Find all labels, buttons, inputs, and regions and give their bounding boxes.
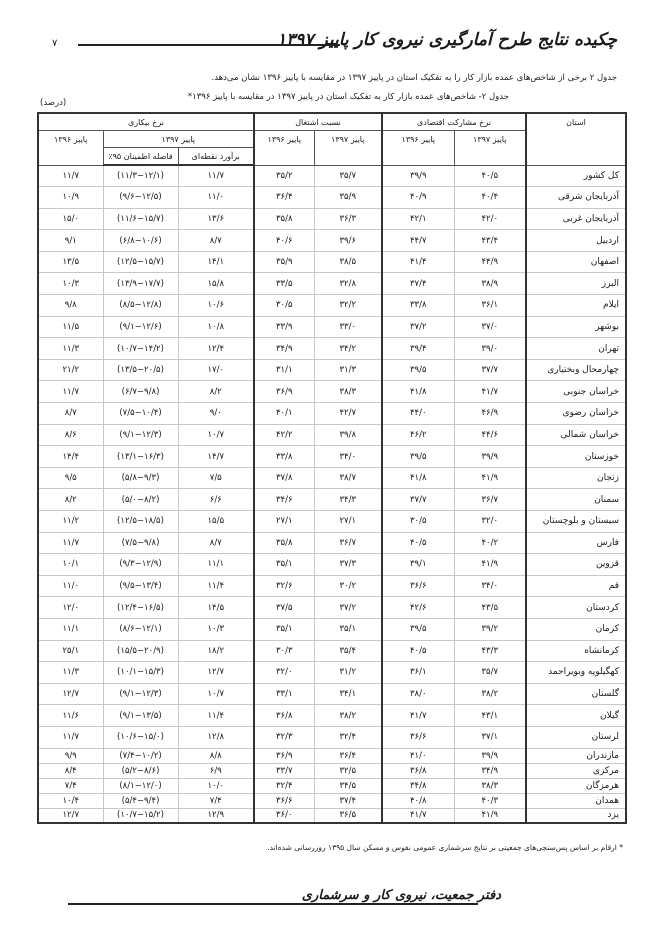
unemployment-97-cell: ۱۲/۷ <box>178 662 254 684</box>
participation-96-cell: ۴۴/۰ <box>382 403 454 425</box>
unemployment-97-cell: ۱۴/۱ <box>178 251 254 273</box>
intro-caption: جدول ۲ برخی از شاخص‌های عمده بازار کار ر… <box>212 73 618 83</box>
participation-96-cell: ۳۷/۴ <box>382 273 454 295</box>
unemployment-96-cell: ۱۲/۷ <box>38 683 103 705</box>
participation-97-cell: ۴۱/۹ <box>454 467 526 489</box>
province-cell: قزوین <box>526 554 626 576</box>
participation-96-cell: ۴۲/۶ <box>382 597 454 619</box>
unemployment-ci-cell: (۱۲/۵−۱۵/۷) <box>103 251 178 273</box>
employment-97-cell: ۳۸/۷ <box>314 467 382 489</box>
table-row: اردبیل۴۳/۴۴۴/۷۳۹/۶۴۰/۶۸/۷(۶/۸−۱۰/۶)۹/۱ <box>38 230 626 252</box>
province-cell: یزد <box>526 808 626 823</box>
employment-96-cell: ۳۳/۷ <box>254 763 314 778</box>
employment-97-cell: ۳۹/۸ <box>314 424 382 446</box>
employment-97-cell: ۳۲/۴ <box>314 726 382 748</box>
table-row: کل کشور۴۰/۵۳۹/۹۳۵/۷۳۵/۲۱۱/۷(۱۱/۳−۱۲/۱)۱۱… <box>38 165 626 187</box>
unemployment-97-cell: ۸/۷ <box>178 230 254 252</box>
province-cell: البرز <box>526 273 626 295</box>
unemployment-ci-cell: (۹/۱−۱۳/۵) <box>103 705 178 727</box>
participation-96-cell: ۴۰/۵ <box>382 532 454 554</box>
header-unemployment-96: پاییز ۱۳۹۶ <box>38 131 103 166</box>
participation-96-cell: ۳۹/۹ <box>382 165 454 187</box>
table-row: همدان۴۰/۳۴۰/۸۳۷/۴۳۶/۶۷/۴(۵/۴−۹/۴)۱۰/۴ <box>38 793 626 808</box>
table-row: آذربایجان شرقی۴۰/۴۴۰/۹۳۵/۹۳۶/۴۱۱/۰(۹/۶−۱… <box>38 187 626 209</box>
participation-97-cell: ۴۱/۹ <box>454 554 526 576</box>
province-cell: کل کشور <box>526 165 626 187</box>
table-row: سیستان و بلوچستان۳۲/۰۳۰/۵۲۷/۱۲۷/۱۱۵/۵(۱۲… <box>38 511 626 533</box>
employment-96-cell: ۳۴/۶ <box>254 489 314 511</box>
unemployment-96-cell: ۱۱/۶ <box>38 705 103 727</box>
participation-96-cell: ۳۶/۸ <box>382 763 454 778</box>
employment-97-cell: ۳۰/۲ <box>314 575 382 597</box>
unemployment-ci-cell: (۸/۱−۱۲/۰) <box>103 778 178 793</box>
unemployment-ci-cell: (۶/۷−۹/۸) <box>103 381 178 403</box>
participation-97-cell: ۳۹/۰ <box>454 338 526 360</box>
unemployment-ci-cell: (۹/۶−۱۲/۵) <box>103 187 178 209</box>
unemployment-97-cell: ۱۰/۷ <box>178 424 254 446</box>
employment-97-cell: ۳۵/۴ <box>314 640 382 662</box>
table-row: قزوین۴۱/۹۳۹/۱۳۷/۳۳۵/۱۱۱/۱(۹/۳−۱۲/۹)۱۰/۱ <box>38 554 626 576</box>
participation-96-cell: ۳۴/۸ <box>382 778 454 793</box>
employment-96-cell: ۳۶/۹ <box>254 381 314 403</box>
unemployment-96-cell: ۹/۹ <box>38 748 103 763</box>
unemployment-97-cell: ۷/۴ <box>178 793 254 808</box>
unemployment-97-cell: ۱۱/۷ <box>178 165 254 187</box>
unemployment-96-cell: ۱۱/۵ <box>38 316 103 338</box>
labour-market-table: استان نرخ مشارکت اقتصادی نسبت اشتغال نرخ… <box>37 112 627 824</box>
employment-97-cell: ۳۴/۰ <box>314 446 382 468</box>
province-cell: زنجان <box>526 467 626 489</box>
unemployment-96-cell: ۱۱/۱ <box>38 618 103 640</box>
province-cell: خراسان جنوبی <box>526 381 626 403</box>
employment-96-cell: ۳۱/۱ <box>254 359 314 381</box>
employment-96-cell: ۳۶/۹ <box>254 748 314 763</box>
participation-96-cell: ۳۹/۴ <box>382 338 454 360</box>
unemployment-97-cell: ۱۱/۴ <box>178 575 254 597</box>
unemployment-ci-cell: (۹/۱−۱۲/۳) <box>103 683 178 705</box>
participation-96-cell: ۳۶/۶ <box>382 726 454 748</box>
table-row: خراسان شمالی۴۴/۶۴۶/۲۳۹/۸۴۲/۲۱۰/۷(۹/۱−۱۲/… <box>38 424 626 446</box>
participation-97-cell: ۳۵/۷ <box>454 662 526 684</box>
participation-96-cell: ۴۱/۸ <box>382 381 454 403</box>
unemployment-96-cell: ۸/۲ <box>38 489 103 511</box>
participation-97-cell: ۴۳/۵ <box>454 597 526 619</box>
unemployment-96-cell: ۱۱/۷ <box>38 165 103 187</box>
employment-97-cell: ۳۷/۲ <box>314 597 382 619</box>
employment-97-cell: ۳۹/۶ <box>314 230 382 252</box>
participation-96-cell: ۴۱/۴ <box>382 251 454 273</box>
unemployment-ci-cell: (۸/۵−۱۲/۸) <box>103 295 178 317</box>
participation-97-cell: ۴۳/۳ <box>454 640 526 662</box>
table-row: کرمانشاه۴۳/۳۴۰/۵۳۵/۴۳۰/۳۱۸/۲(۱۵/۵−۲۰/۹)۲… <box>38 640 626 662</box>
footer-rule <box>68 903 478 905</box>
unemployment-ci-cell: (۹/۵−۱۳/۴) <box>103 575 178 597</box>
unemployment-ci-cell: (۱۰/۷−۱۴/۲) <box>103 338 178 360</box>
participation-97-cell: ۴۶/۹ <box>454 403 526 425</box>
employment-96-cell: ۳۵/۸ <box>254 532 314 554</box>
unemployment-ci-cell: (۱۱/۳−۱۲/۱) <box>103 165 178 187</box>
participation-97-cell: ۳۴/۹ <box>454 763 526 778</box>
province-cell: گلستان <box>526 683 626 705</box>
employment-96-cell: ۳۰/۳ <box>254 640 314 662</box>
participation-97-cell: ۴۰/۳ <box>454 793 526 808</box>
table-row: البرز۳۸/۹۳۷/۴۳۲/۸۳۳/۵۱۵/۸(۱۳/۹−۱۷/۷)۱۰/۳ <box>38 273 626 295</box>
province-cell: لرستان <box>526 726 626 748</box>
unemployment-97-cell: ۱۲/۴ <box>178 338 254 360</box>
header-participation-96: پاییز ۱۳۹۶ <box>382 131 454 166</box>
employment-97-cell: ۳۱/۳ <box>314 359 382 381</box>
header-province: استان <box>526 113 626 165</box>
unemployment-97-cell: ۸/۸ <box>178 748 254 763</box>
header-participation: نرخ مشارکت اقتصادی <box>382 113 526 131</box>
participation-96-cell: ۴۶/۲ <box>382 424 454 446</box>
table-row: چهارمحال وبختیاری۳۷/۷۳۹/۵۳۱/۳۳۱/۱۱۷/۰(۱۳… <box>38 359 626 381</box>
employment-97-cell: ۳۶/۳ <box>314 208 382 230</box>
employment-96-cell: ۳۲/۶ <box>254 575 314 597</box>
unemployment-96-cell: ۱۰/۱ <box>38 554 103 576</box>
table-row: هرمزگان۳۸/۳۳۴/۸۳۴/۵۳۲/۴۱۰/۰(۸/۱−۱۲/۰)۷/۴ <box>38 778 626 793</box>
table-row: یزد۴۱/۹۴۱/۷۳۶/۵۳۶/۰۱۲/۹(۱۰/۷−۱۵/۲)۱۲/۷ <box>38 808 626 823</box>
province-cell: کردستان <box>526 597 626 619</box>
footnote: * ارقام بر اساس پس‌سنجی‌های جمعیتی بر نت… <box>267 843 623 852</box>
participation-96-cell: ۴۲/۱ <box>382 208 454 230</box>
participation-97-cell: ۴۰/۴ <box>454 187 526 209</box>
header-unemployment: نرخ بیکاری <box>38 113 254 131</box>
unemployment-97-cell: ۱۴/۷ <box>178 446 254 468</box>
province-cell: همدان <box>526 793 626 808</box>
unemployment-97-cell: ۶/۹ <box>178 763 254 778</box>
table-body: کل کشور۴۰/۵۳۹/۹۳۵/۷۳۵/۲۱۱/۷(۱۱/۳−۱۲/۱)۱۱… <box>38 165 626 823</box>
unemployment-ci-cell: (۱۳/۱−۱۶/۳) <box>103 446 178 468</box>
unemployment-ci-cell: (۱۰/۷−۱۵/۲) <box>103 808 178 823</box>
employment-97-cell: ۳۴/۵ <box>314 778 382 793</box>
province-cell: گیلان <box>526 705 626 727</box>
participation-97-cell: ۴۳/۴ <box>454 230 526 252</box>
participation-96-cell: ۳۶/۱ <box>382 662 454 684</box>
participation-96-cell: ۴۰/۹ <box>382 187 454 209</box>
employment-96-cell: ۲۷/۱ <box>254 511 314 533</box>
unemployment-ci-cell: (۸/۶−۱۲/۱) <box>103 618 178 640</box>
unemployment-97-cell: ۶/۶ <box>178 489 254 511</box>
employment-96-cell: ۳۶/۰ <box>254 808 314 823</box>
unemployment-96-cell: ۹/۵ <box>38 467 103 489</box>
participation-96-cell: ۴۱/۷ <box>382 808 454 823</box>
unemployment-ci-cell: (۷/۵−۹/۸) <box>103 532 178 554</box>
unemployment-96-cell: ۱۱/۷ <box>38 381 103 403</box>
participation-97-cell: ۴۱/۹ <box>454 808 526 823</box>
employment-96-cell: ۴۰/۱ <box>254 403 314 425</box>
employment-96-cell: ۳۵/۸ <box>254 208 314 230</box>
participation-96-cell: ۳۷/۷ <box>382 489 454 511</box>
unemployment-97-cell: ۱۱/۱ <box>178 554 254 576</box>
province-cell: کهگیلویه وبویراحمد <box>526 662 626 684</box>
employment-97-cell: ۳۱/۲ <box>314 662 382 684</box>
employment-97-cell: ۳۴/۲ <box>314 338 382 360</box>
participation-97-cell: ۳۷/۰ <box>454 316 526 338</box>
employment-97-cell: ۲۷/۱ <box>314 511 382 533</box>
employment-96-cell: ۳۷/۵ <box>254 597 314 619</box>
unemployment-96-cell: ۱۱/۲ <box>38 511 103 533</box>
employment-96-cell: ۳۶/۶ <box>254 793 314 808</box>
province-cell: خراسان رضوی <box>526 403 626 425</box>
participation-96-cell: ۴۱/۸ <box>382 467 454 489</box>
table-row: گلستان۳۸/۲۳۸/۰۳۴/۱۳۳/۱۱۰/۷(۹/۱−۱۲/۳)۱۲/۷ <box>38 683 626 705</box>
participation-96-cell: ۴۱/۷ <box>382 705 454 727</box>
unemployment-96-cell: ۱۱/۳ <box>38 338 103 360</box>
table-row: اصفهان۴۴/۹۴۱/۴۳۸/۵۳۵/۹۱۴/۱(۱۲/۵−۱۵/۷)۱۳/… <box>38 251 626 273</box>
header-employment-96: پاییز ۱۳۹۶ <box>254 131 314 166</box>
unemployment-96-cell: ۱۰/۴ <box>38 793 103 808</box>
province-cell: ایلام <box>526 295 626 317</box>
employment-97-cell: ۳۶/۴ <box>314 748 382 763</box>
table-row: آذربایجان غربی۴۲/۰۴۲/۱۳۶/۳۳۵/۸۱۳/۶(۱۱/۶−… <box>38 208 626 230</box>
employment-96-cell: ۳۲/۴ <box>254 778 314 793</box>
unemployment-96-cell: ۱۳/۵ <box>38 251 103 273</box>
province-cell: کرمان <box>526 618 626 640</box>
province-cell: چهارمحال وبختیاری <box>526 359 626 381</box>
table-row: بوشهر۳۷/۰۳۷/۲۳۳/۰۳۳/۹۱۰/۸(۹/۱−۱۲/۶)۱۱/۵ <box>38 316 626 338</box>
unemployment-97-cell: ۱۰/۰ <box>178 778 254 793</box>
province-cell: خوزستان <box>526 446 626 468</box>
unemployment-97-cell: ۱۵/۸ <box>178 273 254 295</box>
participation-97-cell: ۳۷/۷ <box>454 359 526 381</box>
unemployment-ci-cell: (۶/۸−۱۰/۶) <box>103 230 178 252</box>
employment-97-cell: ۳۸/۵ <box>314 251 382 273</box>
employment-97-cell: ۳۸/۲ <box>314 705 382 727</box>
province-cell: آذربایجان شرقی <box>526 187 626 209</box>
header-employment-97: پاییز ۱۳۹۷ <box>314 131 382 166</box>
province-cell: کرمانشاه <box>526 640 626 662</box>
participation-96-cell: ۴۴/۷ <box>382 230 454 252</box>
unemployment-97-cell: ۱۵/۵ <box>178 511 254 533</box>
employment-97-cell: ۳۲/۲ <box>314 295 382 317</box>
employment-97-cell: ۳۷/۴ <box>314 793 382 808</box>
province-cell: مازندران <box>526 748 626 763</box>
unemployment-ci-cell: (۹/۱−۱۲/۳) <box>103 424 178 446</box>
table-row: کرمان۳۹/۲۳۹/۵۳۵/۱۳۵/۱۱۰/۳(۸/۶−۱۲/۱)۱۱/۱ <box>38 618 626 640</box>
unemployment-ci-cell: (۱۵/۵−۲۰/۹) <box>103 640 178 662</box>
province-cell: اصفهان <box>526 251 626 273</box>
unemployment-ci-cell: (۷/۴−۱۰/۲) <box>103 748 178 763</box>
unemployment-97-cell: ۸/۷ <box>178 532 254 554</box>
unemployment-96-cell: ۱۱/۳ <box>38 662 103 684</box>
employment-96-cell: ۳۲/۰ <box>254 662 314 684</box>
header-employment: نسبت اشتغال <box>254 113 382 131</box>
unemployment-97-cell: ۱۰/۶ <box>178 295 254 317</box>
employment-97-cell: ۳۳/۰ <box>314 316 382 338</box>
unemployment-97-cell: ۱۳/۶ <box>178 208 254 230</box>
unemployment-96-cell: ۱۰/۹ <box>38 187 103 209</box>
employment-96-cell: ۳۷/۸ <box>254 467 314 489</box>
employment-97-cell: ۳۷/۳ <box>314 554 382 576</box>
table-row: گیلان۴۳/۱۴۱/۷۳۸/۲۳۶/۸۱۱/۴(۹/۱−۱۳/۵)۱۱/۶ <box>38 705 626 727</box>
province-cell: آذربایجان غربی <box>526 208 626 230</box>
unemployment-ci-cell: (۱۰/۶−۱۵/۰) <box>103 726 178 748</box>
unemployment-97-cell: ۱۲/۸ <box>178 726 254 748</box>
table-row: کهگیلویه وبویراحمد۳۵/۷۳۶/۱۳۱/۲۳۲/۰۱۲/۷(۱… <box>38 662 626 684</box>
unemployment-97-cell: ۹/۰ <box>178 403 254 425</box>
participation-96-cell: ۴۰/۸ <box>382 793 454 808</box>
participation-97-cell: ۴۰/۲ <box>454 532 526 554</box>
unemployment-96-cell: ۱۵/۰ <box>38 208 103 230</box>
unemployment-96-cell: ۱۱/۰ <box>38 575 103 597</box>
unit-label: (درصد) <box>40 98 66 108</box>
participation-97-cell: ۳۸/۲ <box>454 683 526 705</box>
unemployment-96-cell: ۱۲/۷ <box>38 808 103 823</box>
participation-97-cell: ۴۱/۷ <box>454 381 526 403</box>
employment-97-cell: ۳۶/۷ <box>314 532 382 554</box>
participation-96-cell: ۴۱/۰ <box>382 748 454 763</box>
unemployment-96-cell: ۲۱/۲ <box>38 359 103 381</box>
unemployment-97-cell: ۷/۵ <box>178 467 254 489</box>
header-rule <box>78 44 340 46</box>
unemployment-97-cell: ۱۰/۸ <box>178 316 254 338</box>
employment-96-cell: ۳۶/۴ <box>254 187 314 209</box>
province-cell: هرمزگان <box>526 778 626 793</box>
employment-97-cell: ۳۵/۱ <box>314 618 382 640</box>
table-row: خراسان جنوبی۴۱/۷۴۱/۸۳۸/۳۳۶/۹۸/۲(۶/۷−۹/۸)… <box>38 381 626 403</box>
unemployment-ci-cell: (۵/۸−۹/۳) <box>103 467 178 489</box>
employment-96-cell: ۳۳/۸ <box>254 446 314 468</box>
document-header-title: چکیده نتایج طرح آمارگیری نیروی کار پاییز… <box>277 30 617 50</box>
header-ci95: فاصله اطمینان ۹۵٪ <box>103 148 178 166</box>
unemployment-ci-cell: (۱۲/۵−۱۸/۵) <box>103 511 178 533</box>
participation-97-cell: ۴۰/۵ <box>454 165 526 187</box>
province-cell: قم <box>526 575 626 597</box>
table-title: جدول ۲- شاخص‌های عمده بازار کار به تفکیک… <box>188 92 509 102</box>
employment-96-cell: ۳۵/۱ <box>254 618 314 640</box>
unemployment-96-cell: ۱۱/۷ <box>38 726 103 748</box>
table-row: مرکزی۳۴/۹۳۶/۸۳۲/۵۳۳/۷۶/۹(۵/۲−۸/۶)۸/۴ <box>38 763 626 778</box>
employment-97-cell: ۳۲/۵ <box>314 763 382 778</box>
unemployment-ci-cell: (۷/۵−۱۰/۴) <box>103 403 178 425</box>
participation-96-cell: ۳۶/۶ <box>382 575 454 597</box>
unemployment-97-cell: ۱۷/۰ <box>178 359 254 381</box>
unemployment-96-cell: ۱۴/۴ <box>38 446 103 468</box>
unemployment-96-cell: ۱۱/۷ <box>38 532 103 554</box>
unemployment-96-cell: ۱۰/۳ <box>38 273 103 295</box>
unemployment-ci-cell: (۱۱/۶−۱۵/۷) <box>103 208 178 230</box>
employment-97-cell: ۳۶/۵ <box>314 808 382 823</box>
participation-97-cell: ۳۶/۱ <box>454 295 526 317</box>
employment-96-cell: ۳۳/۹ <box>254 316 314 338</box>
province-cell: سمنان <box>526 489 626 511</box>
province-cell: فارس <box>526 532 626 554</box>
header-participation-97: پاییز ۱۳۹۷ <box>454 131 526 166</box>
employment-96-cell: ۳۴/۹ <box>254 338 314 360</box>
participation-97-cell: ۴۲/۰ <box>454 208 526 230</box>
table-row: لرستان۳۷/۱۳۶/۶۳۲/۴۳۲/۳۱۲/۸(۱۰/۶−۱۵/۰)۱۱/… <box>38 726 626 748</box>
table-row: زنجان۴۱/۹۴۱/۸۳۸/۷۳۷/۸۷/۵(۵/۸−۹/۳)۹/۵ <box>38 467 626 489</box>
table-row: خوزستان۳۹/۹۳۹/۵۳۴/۰۳۳/۸۱۴/۷(۱۳/۱−۱۶/۳)۱۴… <box>38 446 626 468</box>
footer-title: دفتر جمعیت، نیروی کار و سرشماری <box>302 888 501 903</box>
table-row: سمنان۳۶/۷۳۷/۷۳۴/۳۳۴/۶۶/۶(۵/۰−۸/۲)۸/۲ <box>38 489 626 511</box>
unemployment-ci-cell: (۱۲/۴−۱۶/۵) <box>103 597 178 619</box>
participation-97-cell: ۳۸/۳ <box>454 778 526 793</box>
unemployment-96-cell: ۲۵/۱ <box>38 640 103 662</box>
employment-97-cell: ۳۵/۹ <box>314 187 382 209</box>
participation-97-cell: ۳۶/۷ <box>454 489 526 511</box>
unemployment-97-cell: ۱۲/۹ <box>178 808 254 823</box>
unemployment-ci-cell: (۱۳/۵−۲۰/۵) <box>103 359 178 381</box>
unemployment-96-cell: ۹/۸ <box>38 295 103 317</box>
employment-96-cell: ۳۰/۵ <box>254 295 314 317</box>
unemployment-ci-cell: (۱۰/۱−۱۵/۳) <box>103 662 178 684</box>
unemployment-ci-cell: (۵/۴−۹/۴) <box>103 793 178 808</box>
employment-97-cell: ۴۲/۷ <box>314 403 382 425</box>
participation-97-cell: ۴۴/۹ <box>454 251 526 273</box>
unemployment-96-cell: ۷/۴ <box>38 778 103 793</box>
participation-97-cell: ۳۲/۰ <box>454 511 526 533</box>
unemployment-96-cell: ۹/۱ <box>38 230 103 252</box>
unemployment-97-cell: ۱۸/۲ <box>178 640 254 662</box>
participation-97-cell: ۳۴/۰ <box>454 575 526 597</box>
unemployment-97-cell: ۱۰/۳ <box>178 618 254 640</box>
unemployment-97-cell: ۱۱/۴ <box>178 705 254 727</box>
participation-97-cell: ۳۹/۲ <box>454 618 526 640</box>
unemployment-96-cell: ۸/۴ <box>38 763 103 778</box>
employment-96-cell: ۳۳/۵ <box>254 273 314 295</box>
participation-96-cell: ۳۹/۵ <box>382 618 454 640</box>
participation-96-cell: ۳۹/۱ <box>382 554 454 576</box>
participation-96-cell: ۳۷/۲ <box>382 316 454 338</box>
employment-96-cell: ۳۵/۲ <box>254 165 314 187</box>
province-cell: خراسان شمالی <box>526 424 626 446</box>
province-cell: تهران <box>526 338 626 360</box>
page-number: ۷ <box>52 38 57 49</box>
employment-96-cell: ۴۲/۲ <box>254 424 314 446</box>
province-cell: اردبیل <box>526 230 626 252</box>
table-row: تهران۳۹/۰۳۹/۴۳۴/۲۳۴/۹۱۲/۴(۱۰/۷−۱۴/۲)۱۱/۳ <box>38 338 626 360</box>
table-row: کردستان۴۳/۵۴۲/۶۳۷/۲۳۷/۵۱۴/۵(۱۲/۴−۱۶/۵)۱۲… <box>38 597 626 619</box>
province-cell: بوشهر <box>526 316 626 338</box>
province-cell: مرکزی <box>526 763 626 778</box>
participation-96-cell: ۳۹/۵ <box>382 446 454 468</box>
unemployment-96-cell: ۸/۶ <box>38 424 103 446</box>
header-unemployment-97: پاییز ۱۳۹۷ <box>103 131 254 148</box>
unemployment-ci-cell: (۱۳/۹−۱۷/۷) <box>103 273 178 295</box>
header-point-estimate: برآورد نقطه‌ای <box>178 148 254 166</box>
participation-97-cell: ۳۷/۱ <box>454 726 526 748</box>
employment-96-cell: ۴۰/۶ <box>254 230 314 252</box>
unemployment-ci-cell: (۵/۰−۸/۲) <box>103 489 178 511</box>
participation-96-cell: ۳۸/۰ <box>382 683 454 705</box>
employment-96-cell: ۳۲/۳ <box>254 726 314 748</box>
employment-96-cell: ۳۵/۹ <box>254 251 314 273</box>
participation-97-cell: ۴۳/۱ <box>454 705 526 727</box>
unemployment-ci-cell: (۵/۲−۸/۶) <box>103 763 178 778</box>
unemployment-97-cell: ۱۱/۰ <box>178 187 254 209</box>
unemployment-96-cell: ۸/۷ <box>38 403 103 425</box>
table-row: فارس۴۰/۲۴۰/۵۳۶/۷۳۵/۸۸/۷(۷/۵−۹/۸)۱۱/۷ <box>38 532 626 554</box>
employment-97-cell: ۳۴/۱ <box>314 683 382 705</box>
employment-97-cell: ۳۴/۳ <box>314 489 382 511</box>
province-cell: سیستان و بلوچستان <box>526 511 626 533</box>
unemployment-ci-cell: (۹/۳−۱۲/۹) <box>103 554 178 576</box>
participation-96-cell: ۳۳/۸ <box>382 295 454 317</box>
table-row: قم۳۴/۰۳۶/۶۳۰/۲۳۲/۶۱۱/۴(۹/۵−۱۳/۴)۱۱/۰ <box>38 575 626 597</box>
employment-97-cell: ۳۲/۸ <box>314 273 382 295</box>
participation-97-cell: ۳۹/۹ <box>454 446 526 468</box>
participation-96-cell: ۳۹/۵ <box>382 359 454 381</box>
participation-96-cell: ۳۰/۵ <box>382 511 454 533</box>
participation-97-cell: ۳۹/۹ <box>454 748 526 763</box>
participation-96-cell: ۴۰/۵ <box>382 640 454 662</box>
employment-96-cell: ۳۵/۱ <box>254 554 314 576</box>
table-row: مازندران۳۹/۹۴۱/۰۳۶/۴۳۶/۹۸/۸(۷/۴−۱۰/۲)۹/۹ <box>38 748 626 763</box>
participation-97-cell: ۳۸/۹ <box>454 273 526 295</box>
unemployment-97-cell: ۱۰/۷ <box>178 683 254 705</box>
